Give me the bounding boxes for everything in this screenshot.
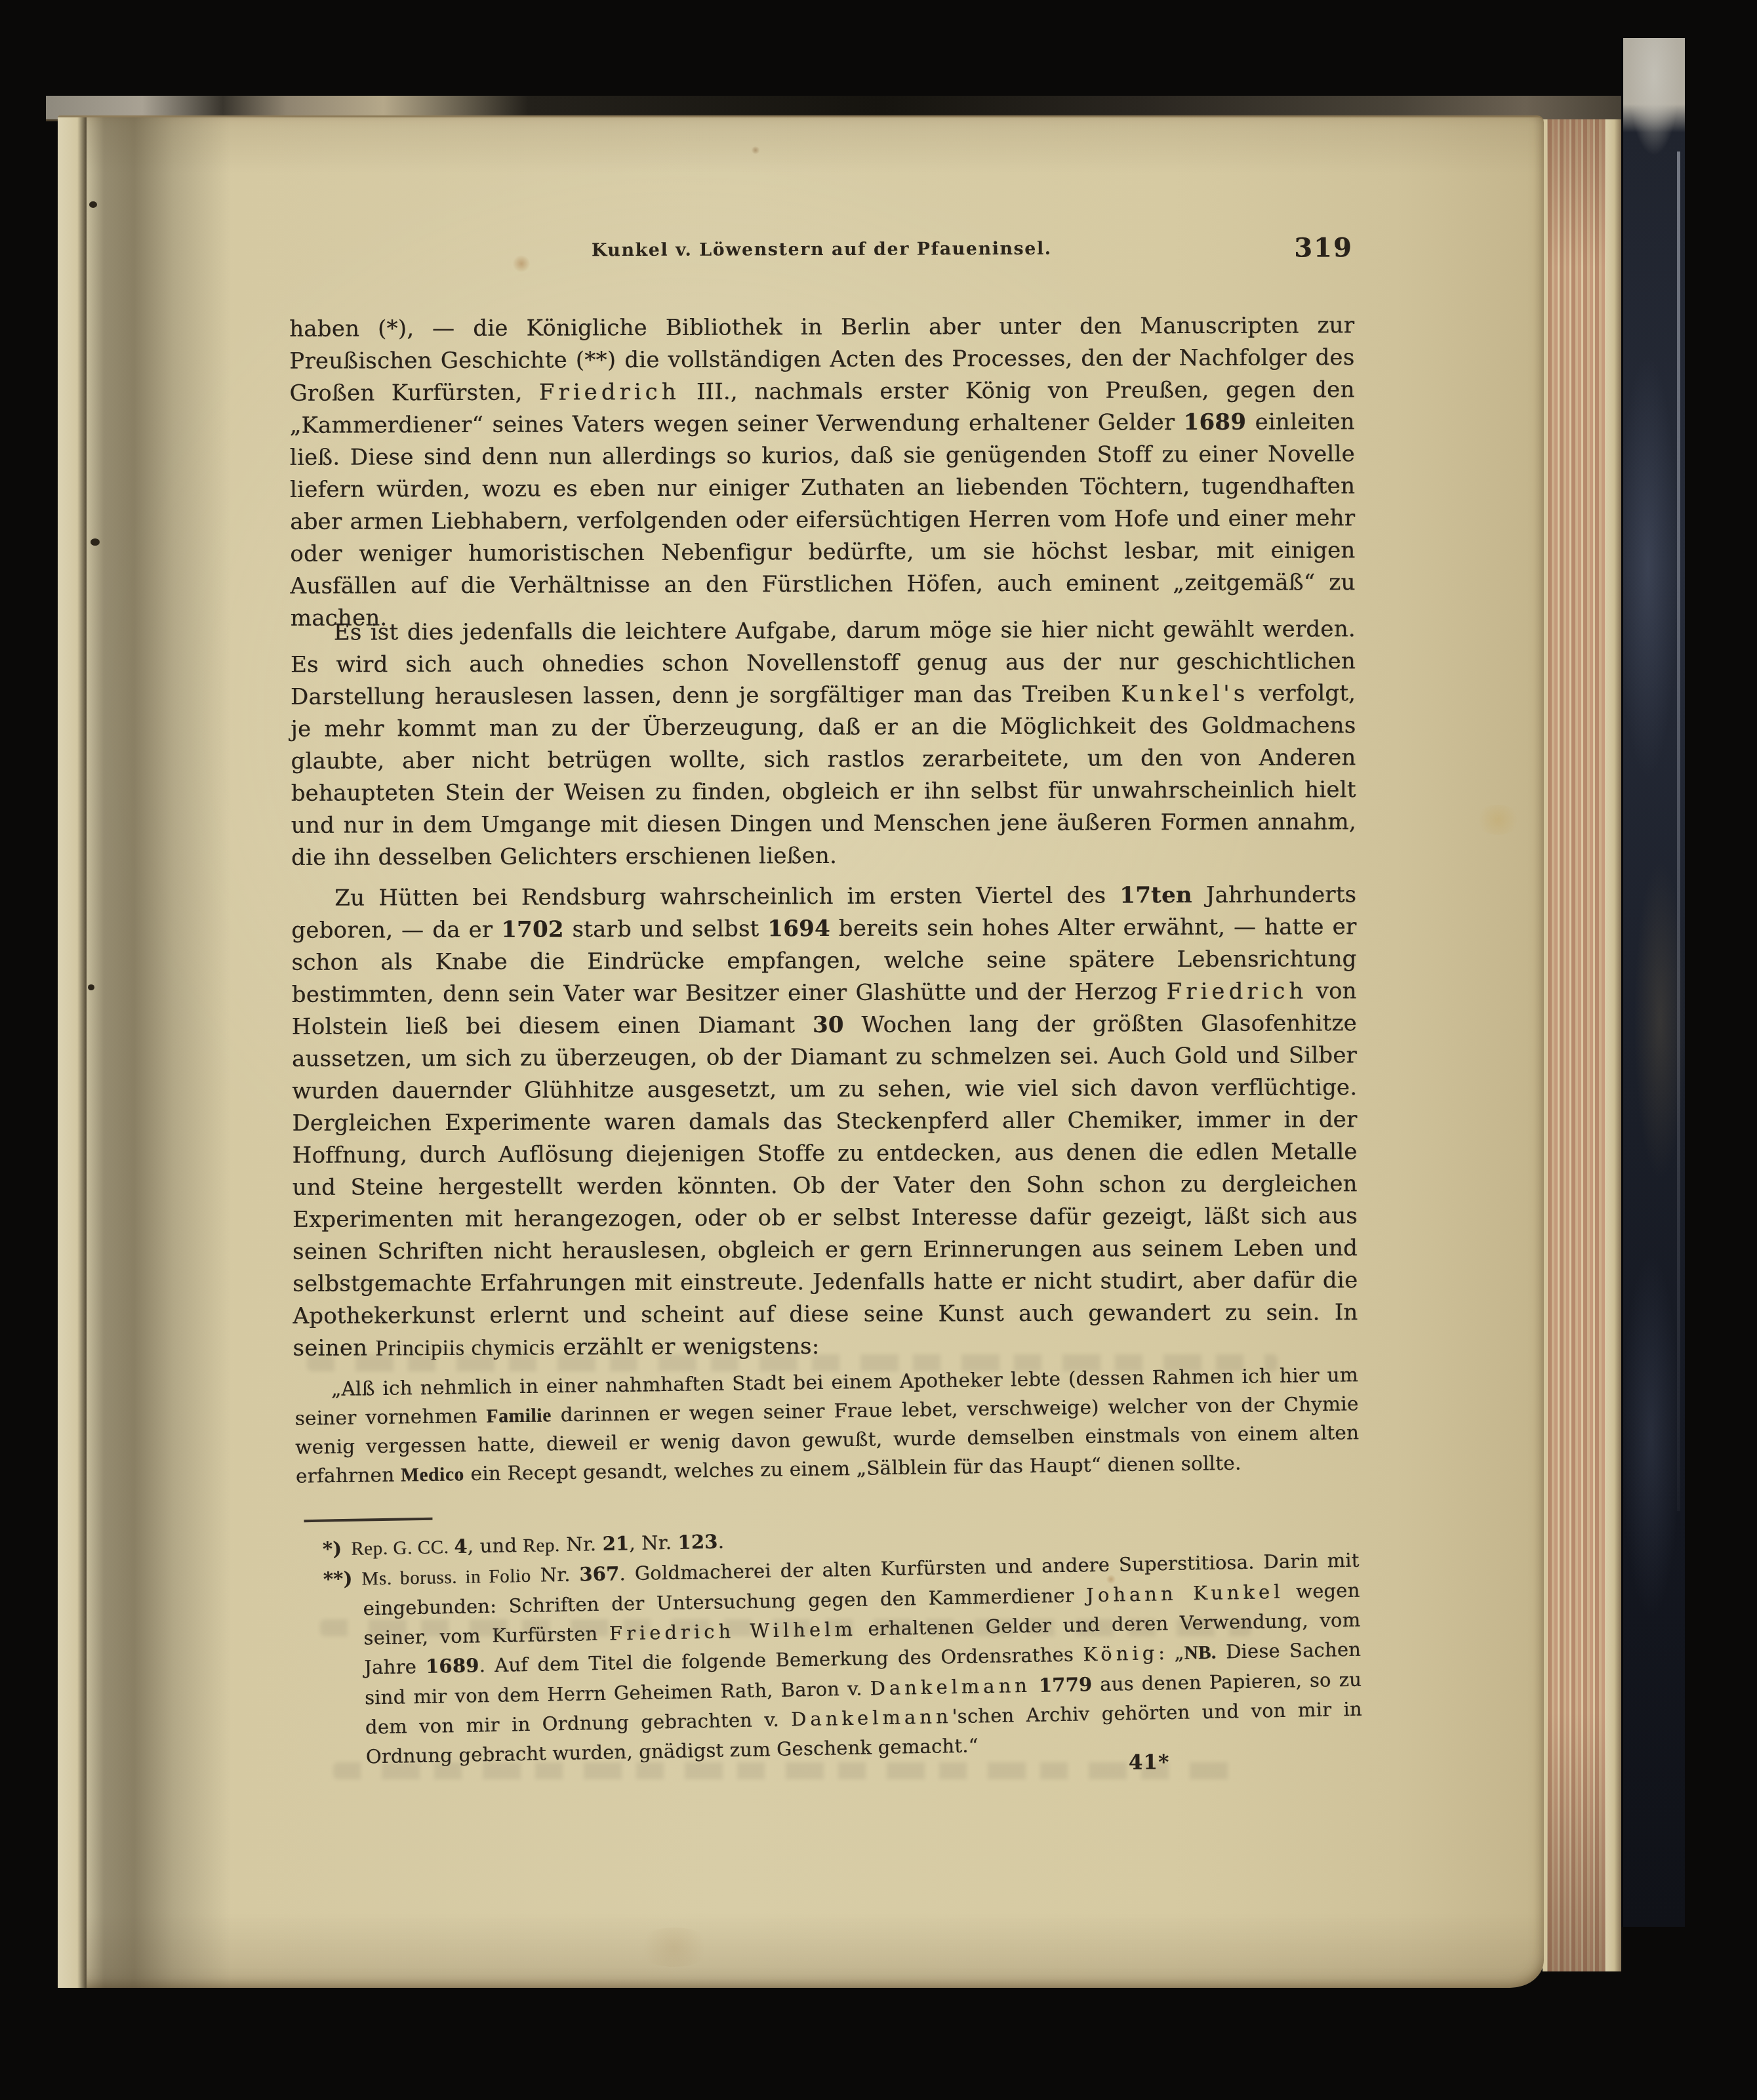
footnote-1-text: Rep. G. CC. 4, und Rep. Nr. 21, Nr. 123. <box>351 1530 724 1559</box>
book-cover-board <box>1621 38 1685 1927</box>
footnote-2-marker: **) <box>323 1567 352 1590</box>
fore-edge-outer-sliver <box>1606 119 1621 1971</box>
footnote-1-marker: *) <box>323 1537 342 1560</box>
book-photograph: Kunkel v. Löwenstern auf der Pfaueninsel… <box>0 0 1757 2100</box>
footnote-separator-rule <box>304 1518 432 1522</box>
paragraph-1: haben (*), — die Königliche Bibliothek i… <box>289 310 1356 635</box>
gutter-speck <box>88 984 94 990</box>
signature-mark: 41* <box>1129 1750 1169 1774</box>
footnote-2-text: Ms. boruss. in Folio Nr. 367. Goldmacher… <box>361 1549 1362 1768</box>
block-quote: „Alß ich nehmlich in einer nahmhaften St… <box>294 1361 1360 1491</box>
paragraph-3: Zu Hütten bei Rendsburg wahrscheinlich i… <box>291 879 1358 1365</box>
page-fore-edge <box>1543 119 1621 1971</box>
gutter-speck <box>89 201 97 208</box>
paragraph-2: Es ist dies jedenfalls die leichtere Auf… <box>291 613 1356 874</box>
page-number: 319 <box>1294 232 1353 263</box>
running-header: Kunkel v. Löwenstern auf der Pfaueninsel… <box>289 237 1354 262</box>
text-block: Kunkel v. Löwenstern auf der Pfaueninsel… <box>289 115 1360 1990</box>
footnotes: *)Rep. G. CC. 4, und Rep. Nr. 21, Nr. 12… <box>323 1516 1363 1773</box>
running-header-title: Kunkel v. Löwenstern auf der Pfaueninsel… <box>289 237 1354 262</box>
gutter-speck <box>91 538 100 546</box>
stain <box>1474 805 1522 835</box>
footnote-2: **)Ms. boruss. in Folio Nr. 367. Goldmac… <box>323 1546 1363 1773</box>
book-page: Kunkel v. Löwenstern auf der Pfaueninsel… <box>58 115 1544 1988</box>
gutter-shadow <box>80 117 231 1988</box>
